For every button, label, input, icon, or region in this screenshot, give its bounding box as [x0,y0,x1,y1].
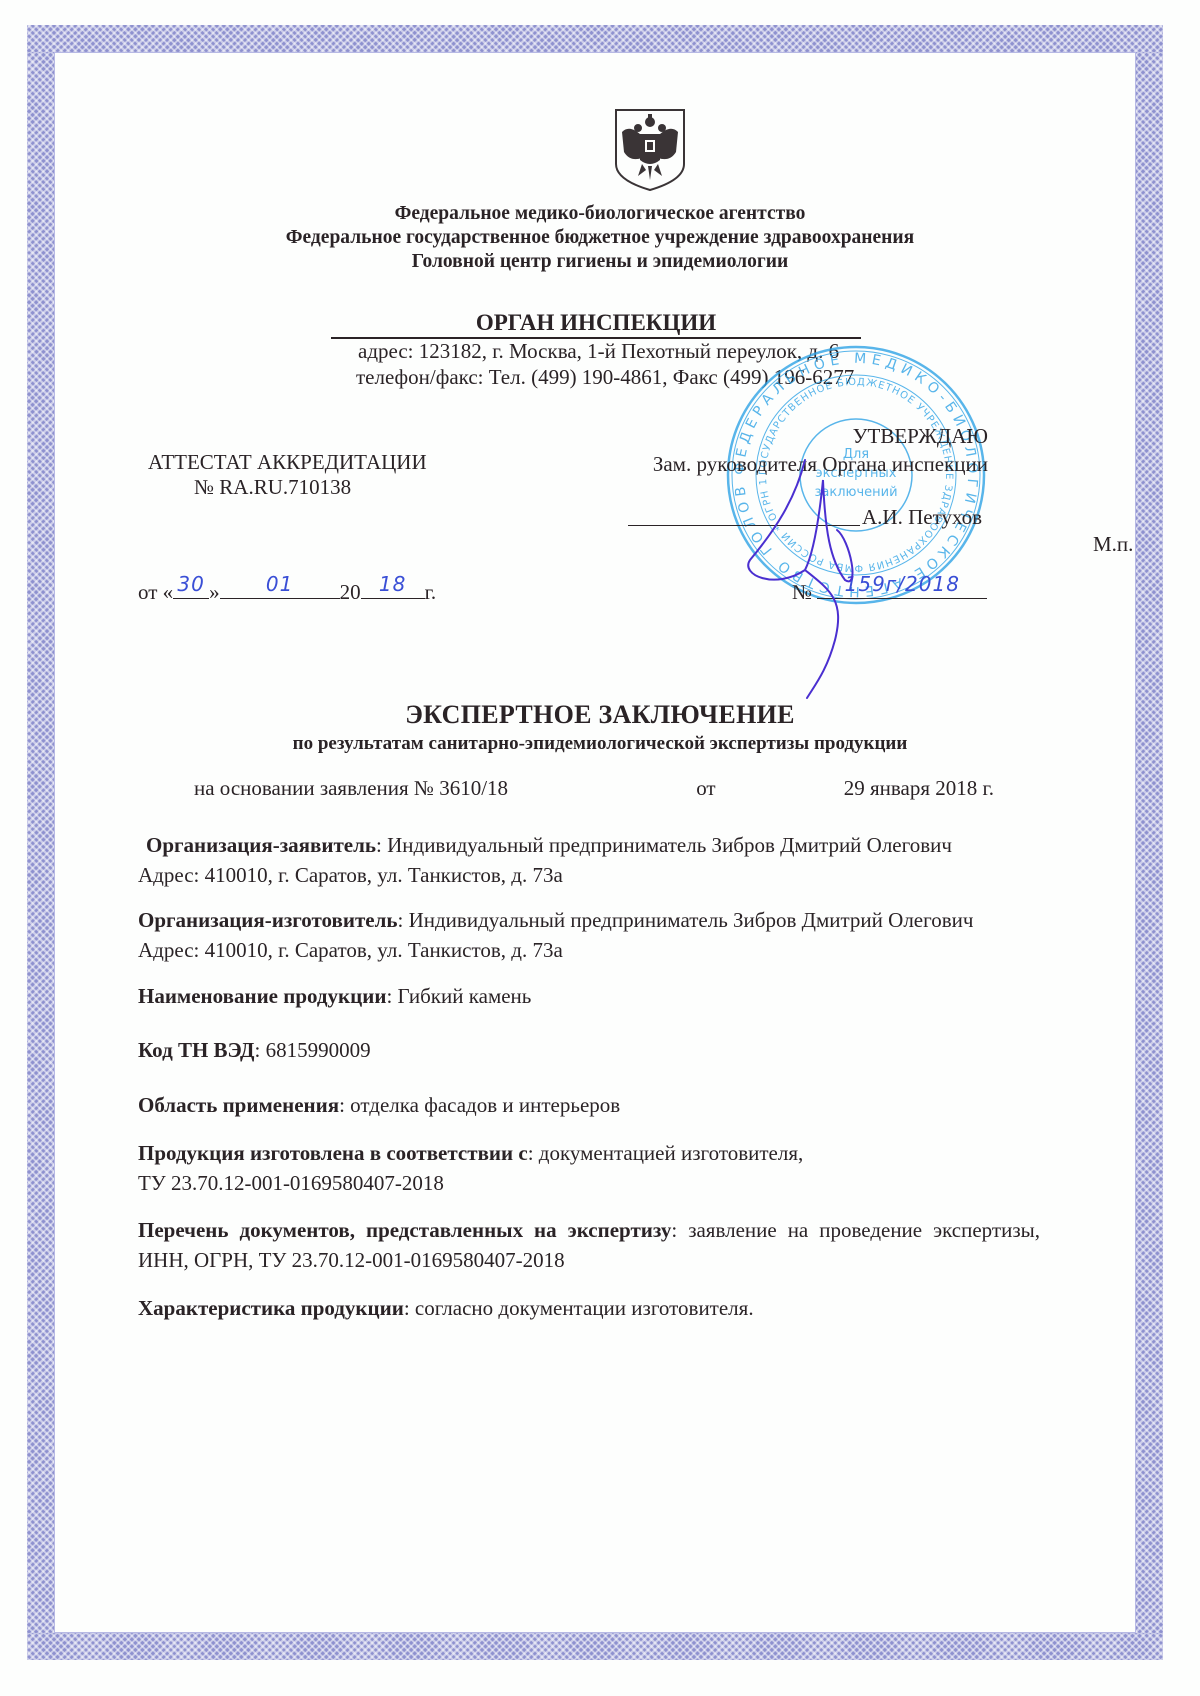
approve-label: УТВЕРЖДАЮ [853,424,988,449]
accreditation-number: № RA.RU.710138 [148,475,427,500]
application-number: на основании заявления № 3610/18 [194,776,508,801]
document-subtitle: по результатам санитарно-эпидемиологичес… [0,733,1200,755]
agency-name: Федеральное медико-биологическое агентст… [0,202,1200,226]
signature-line [628,525,860,526]
document-number: № 159г/2018 [792,576,987,605]
field-product-name: Наименование продукции: Гибкий камень [138,981,1040,1011]
accreditation-block: АТТЕСТАТ АККРЕДИТАЦИИ № RA.RU.710138 [148,450,427,500]
approver-position: Зам. руководителя Органа инспекции [653,452,988,477]
handwritten-day: 30 [173,572,209,596]
center-name: Головной центр гигиены и эпидемиологии [0,250,1200,274]
inspection-body-phone: телефон/факс: Тел. (499) 190-4861, Факс … [356,364,854,390]
field-conformity: Продукция изготовлена в соответствии с: … [138,1138,1040,1198]
application-basis: на основании заявления № 3610/18 от 29 я… [194,776,994,801]
coat-of-arms-icon [612,106,688,192]
document-title: ЭКСПЕРТНОЕ ЗАКЛЮЧЕНИЕ [0,700,1200,730]
approver-name: А.И. Петухов [862,505,982,530]
stamp-place-label: М.п. [1093,532,1133,557]
field-manufacturer: Организация-изготовитель: Индивидуальный… [138,905,1040,965]
field-tn-ved-code: Код ТН ВЭД: 6815990009 [138,1035,1040,1065]
field-submitted-documents: Перечень документов, представленных на э… [138,1215,1040,1275]
document-date: от «30»012018г. [138,576,436,605]
handwritten-number: 159г/2018 [817,572,987,596]
handwritten-year: 18 [361,572,425,596]
field-product-characteristics: Характеристика продукции: согласно докум… [138,1293,1040,1323]
handwritten-month: 01 [220,572,340,596]
field-application-area: Область применения: отделка фасадов и ин… [138,1090,1040,1120]
field-applicant: Организация-заявитель: Индивидуальный пр… [146,830,1040,890]
inspection-body-address: адрес: 123182, г. Москва, 1-й Пехотный п… [358,338,839,364]
accreditation-label: АТТЕСТАТ АККРЕДИТАЦИИ [148,450,427,475]
application-date: 29 января 2018 г. [844,776,994,801]
institution-name: Федеральное государственное бюджетное уч… [0,226,1200,250]
inspection-body-title: ОРГАН ИНСПЕКЦИИ [331,309,861,339]
